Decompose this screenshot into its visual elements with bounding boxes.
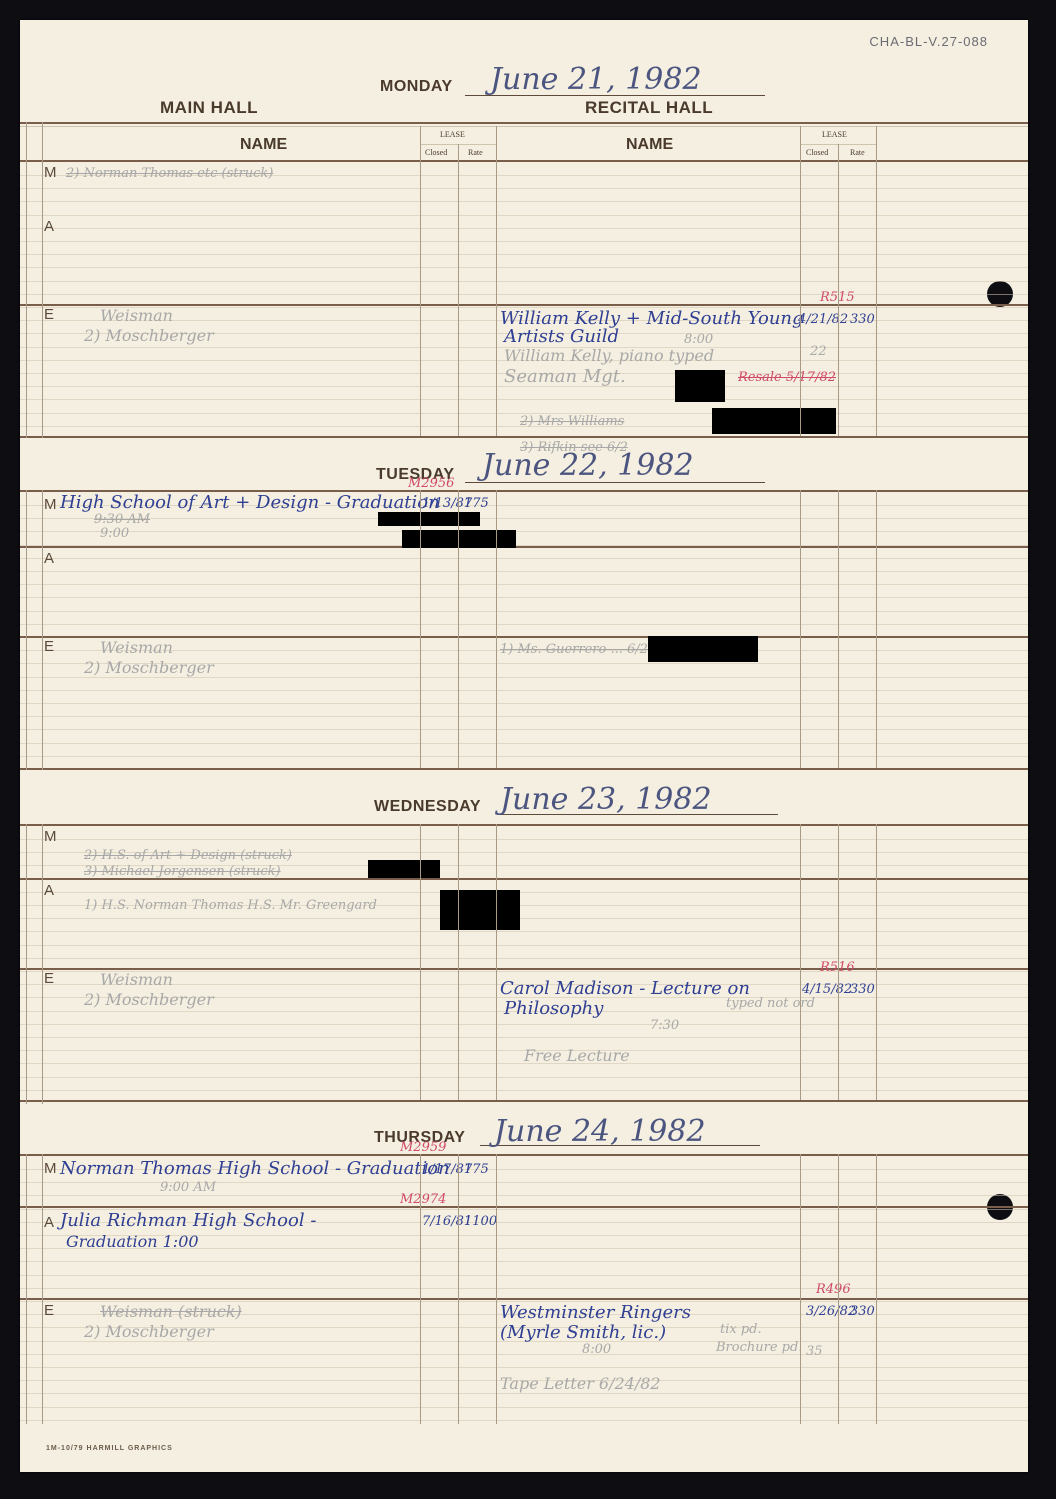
note: 2) Mrs Williams (520, 414, 624, 429)
note: Free Lecture (524, 1046, 630, 1065)
note: typed not ord (726, 996, 815, 1011)
recital-evening-entry: (Myrle Smith, lic.) (500, 1322, 666, 1343)
event-time: 8:00 (684, 332, 713, 347)
day-block-thursday: M A E M2959 Norman Thomas High School - … (20, 1154, 1028, 1434)
day-label: MONDAY (380, 78, 453, 96)
booking-ref: M2959 (400, 1140, 446, 1155)
redaction (648, 636, 758, 662)
main-rate-header: Rate (468, 148, 483, 157)
session-afternoon: A (44, 882, 54, 899)
note: Seaman Mgt. (504, 366, 626, 387)
booking-ref: M2974 (400, 1192, 446, 1207)
session-evening: E (44, 638, 54, 655)
extra-rate: 35 (806, 1344, 823, 1359)
main-morning-entry: 2) Norman Thomas etc (struck) (66, 166, 273, 181)
day-date: June 24, 1982 (494, 1114, 706, 1149)
redaction (675, 370, 725, 402)
rate: 775 (464, 1162, 489, 1177)
note: tix pd. (720, 1322, 762, 1337)
closed-date: 4/15/82 (802, 982, 852, 997)
main-evening-entry: Weisman (100, 306, 173, 325)
main-afternoon-entry: 1) H.S. Norman Thomas H.S. Mr. Greengard (84, 898, 377, 913)
session-evening: E (44, 970, 54, 987)
main-lease-header: LEASE (440, 130, 465, 139)
session-afternoon: A (44, 550, 54, 567)
main-evening-entry: 2) Moschberger (84, 990, 214, 1009)
redaction (440, 890, 520, 930)
day-block-monday: NAME LEASE Closed Rate NAME LEASE Closed… (20, 122, 1028, 438)
session-evening: E (44, 1302, 54, 1319)
cancel-note: Resale 5/17/82 (738, 370, 836, 385)
day-date: June 21, 1982 (490, 62, 702, 97)
booking-ref: M2956 (408, 476, 454, 491)
main-afternoon-entry: Graduation 1:00 (66, 1232, 199, 1251)
event-time-struck: 9:30 AM (94, 512, 150, 527)
rate: 330 (850, 982, 875, 997)
rate: 330 (850, 1304, 875, 1319)
main-evening-entry: Weisman (100, 970, 173, 989)
closed-date: 4/21/82 (798, 312, 848, 327)
rate: 330 (850, 312, 875, 327)
session-morning: M (44, 1160, 57, 1177)
day-block-tuesday: M A E M2956 High School of Art + Design … (20, 490, 1028, 770)
main-evening-entry: Weisman (100, 638, 173, 657)
main-morning-entry: Norman Thomas High School - Graduation (60, 1158, 450, 1179)
booking-ref: R496 (816, 1282, 851, 1297)
extra-rate: 22 (810, 344, 827, 359)
main-name-header: NAME (240, 136, 287, 154)
session-morning: M (44, 164, 57, 181)
day-label: WEDNESDAY (374, 798, 481, 816)
main-evening-entry: 2) Moschberger (84, 658, 214, 677)
recital-name-header: NAME (626, 136, 673, 154)
session-morning: M (44, 496, 57, 513)
main-afternoon-entry: 2) H.S. of Art + Design (struck) (84, 848, 292, 863)
redaction (378, 512, 480, 526)
main-closed-header: Closed (425, 148, 447, 157)
main-afternoon-entry: Julia Richman High School - (60, 1210, 316, 1231)
reference-code: CHA-BL-V.27-088 (869, 34, 988, 49)
rate: 775 (464, 496, 489, 511)
note: Tape Letter 6/24/82 (500, 1374, 661, 1393)
main-evening-entry: 2) Moschberger (84, 326, 214, 345)
session-afternoon: A (44, 1214, 54, 1231)
session-evening: E (44, 306, 54, 323)
recital-lease-header: LEASE (822, 130, 847, 139)
recital-evening-entry: Philosophy (504, 998, 603, 1019)
rate: 1100 (464, 1214, 497, 1229)
closed-date: 3/26/82 (806, 1304, 856, 1319)
day-block-wednesday: M A E 2) H.S. of Art + Design (struck) 3… (20, 824, 1028, 1104)
recital-closed-header: Closed (806, 148, 828, 157)
session-morning: M (44, 828, 57, 845)
main-evening-entry: 2) Moschberger (84, 1322, 214, 1341)
main-hall-label: MAIN HALL (160, 98, 258, 118)
event-time: 7:30 (650, 1018, 679, 1033)
session-afternoon: A (44, 218, 54, 235)
day-date: June 22, 1982 (482, 448, 694, 483)
event-time: 9:00 AM (160, 1180, 216, 1195)
printer-footer: 1M-10/79 HARMILL GRAPHICS (46, 1445, 173, 1452)
main-afternoon-entry: 3) Michael Jorgensen (struck) (84, 864, 281, 879)
event-time: 8:00 (582, 1342, 611, 1357)
note: William Kelly, piano typed (504, 346, 714, 365)
ledger-sheet: CHA-BL-V.27-088 MONDAY June 21, 1982 MAI… (20, 20, 1028, 1472)
redaction (368, 860, 440, 878)
redaction (712, 408, 836, 434)
recital-evening-entry: Artists Guild (504, 326, 619, 347)
recital-hall-label: RECITAL HALL (585, 98, 713, 118)
event-time: 9:00 (100, 526, 129, 541)
main-evening-entry: Weisman (struck) (100, 1302, 242, 1321)
recital-evening-entry: Carol Madison - Lecture on (500, 978, 750, 999)
recital-evening-entry: Westminster Ringers (500, 1302, 691, 1323)
day-date: June 23, 1982 (500, 782, 712, 817)
main-morning-entry: High School of Art + Design - Graduation (60, 492, 440, 513)
recital-rate-header: Rate (850, 148, 865, 157)
note: Brochure pd. (716, 1340, 802, 1355)
